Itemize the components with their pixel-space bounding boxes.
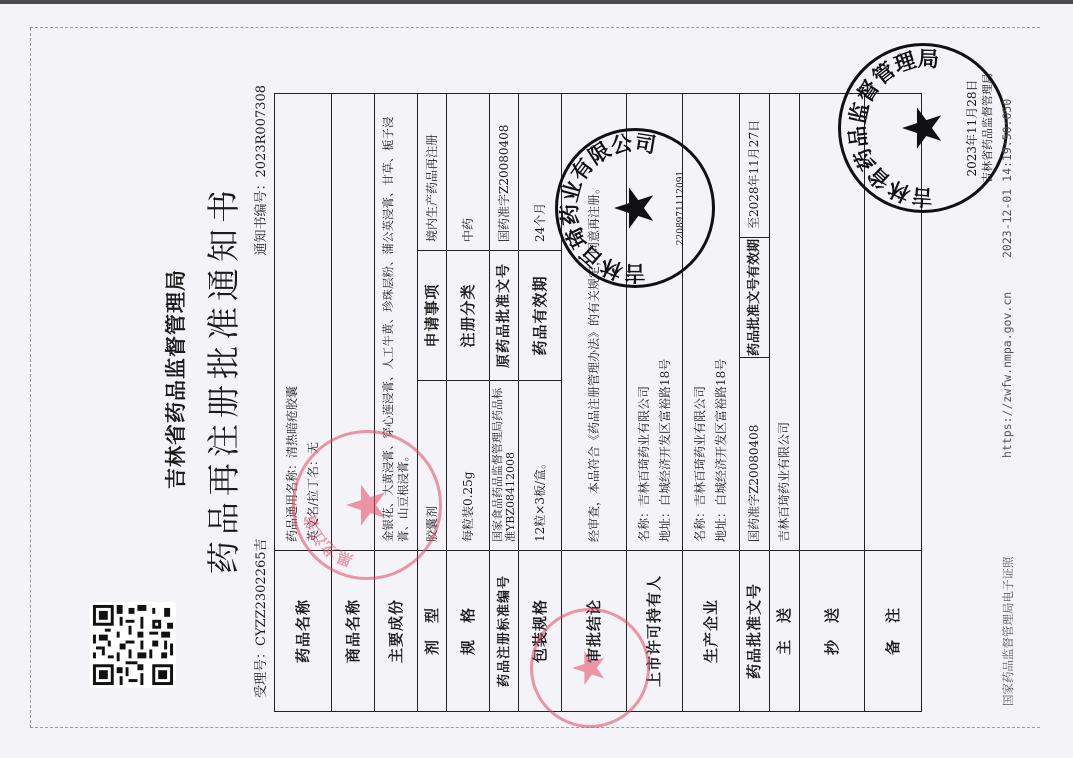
footer-caption: 国家药品监督管理局电子证照 xyxy=(1000,557,1016,707)
approval-number-value: 国药准字Z20080408 xyxy=(740,357,770,550)
acceptance-number-value: CYZZ2302265吉 xyxy=(254,538,269,646)
company-seal-code: 2208971112091 xyxy=(676,131,686,285)
manufacturer-address: 地址：白城经济开发区富裕路18号 xyxy=(714,359,729,542)
footer-timestamp: 2023-12-01 14:19:50:050 xyxy=(1000,99,1014,258)
red-seal-upper: ★ 黑龙江省 xyxy=(292,430,442,580)
issuing-authority: 吉林省药品监督管理局 xyxy=(160,0,190,758)
manufacturer-name: 名称：吉林百琦药业有限公司 xyxy=(693,386,708,542)
page-border-top xyxy=(30,28,31,728)
label-specification: 规 格 xyxy=(447,550,490,711)
label-approval-number: 药品批准文号 xyxy=(740,550,770,711)
acceptance-number: 受理号：CYZZ2302265吉 xyxy=(250,538,269,698)
label-remarks: 备 注 xyxy=(865,550,921,711)
company-seal: ★ 吉林百琦药业有限公司 2208971112091 xyxy=(555,128,715,288)
approval-validity-value: 至2028年11月27日 xyxy=(740,94,770,237)
svg-text:黑龙江省: 黑龙江省 xyxy=(301,511,356,569)
label-original-approval-number: 原药品批准文号 xyxy=(490,250,519,380)
label-standard-number: 药品注册标准编号 xyxy=(490,550,519,711)
authority-seal-caption: 吉林省药品监督管理局 xyxy=(979,46,995,210)
label-send-to: 主 送 xyxy=(770,550,800,711)
standard-number-value: 国家食品药品监督管理局药品标准YBZ08412008 xyxy=(490,380,519,550)
company-seal-ring-text: 吉林百琦药业有限公司 xyxy=(558,131,658,285)
label-shelf-life: 药品有效期 xyxy=(519,250,562,380)
send-to-value: 吉林百琦药业有限公司 xyxy=(770,94,800,550)
specification-value: 每粒装0.25g xyxy=(447,380,490,550)
label-application-item: 申请事项 xyxy=(418,250,447,380)
authority-seal-date: 2023年11月28日 xyxy=(963,46,980,210)
svg-text:吉林省药品监督管理局: 吉林省药品监督管理局 xyxy=(844,47,939,210)
label-manufacturer: 生产企业 xyxy=(683,550,740,711)
label-approval-validity: 药品批准文号有效期 xyxy=(740,237,770,357)
label-registration-category: 注册分类 xyxy=(447,250,490,380)
notice-number: 通知书编号：2023R007308 xyxy=(250,85,269,256)
original-approval-number-value: 国药准字Z20080408 xyxy=(490,94,519,250)
shelf-life-value: 24个月 xyxy=(519,94,562,250)
svg-text:吉林百琦药业有限公司: 吉林百琦药业有限公司 xyxy=(558,131,658,285)
notice-number-label: 通知书编号： xyxy=(254,178,269,256)
document-title: 药品再注册批准通知书 xyxy=(198,0,245,758)
red-seal-lower: ★ xyxy=(530,608,650,728)
packaging-value: 12粒×3板/盒。 xyxy=(519,380,562,550)
mah-address: 地址：白城经济开发区富裕路18号 xyxy=(658,359,673,542)
document-page: 吉林省药品监督管理局 药品再注册批准通知书 受理号：CYZZ2302265吉 通… xyxy=(0,0,1073,758)
authority-seal-ring-text: 吉林省药品监督管理局 xyxy=(844,47,939,210)
footer-url[interactable]: https://zwfw.nmpa.gov.cn xyxy=(1000,292,1014,458)
notice-number-value: 2023R007308 xyxy=(254,85,269,178)
acceptance-number-label: 受理号： xyxy=(254,646,269,698)
registration-category-value: 中药 xyxy=(447,94,490,250)
label-copy-to: 抄 送 xyxy=(800,550,865,711)
application-item-value: 境内生产药品再注册 xyxy=(418,94,447,250)
red-seal-text: 黑龙江省 xyxy=(301,511,356,569)
seal-star-icon: ★ xyxy=(568,648,612,687)
mah-name: 名称：吉林百琦药业有限公司 xyxy=(637,386,652,542)
authority-seal: ★ 吉林省药品监督管理局 2023年11月28日 吉林省药品监督管理局 xyxy=(838,43,1008,213)
